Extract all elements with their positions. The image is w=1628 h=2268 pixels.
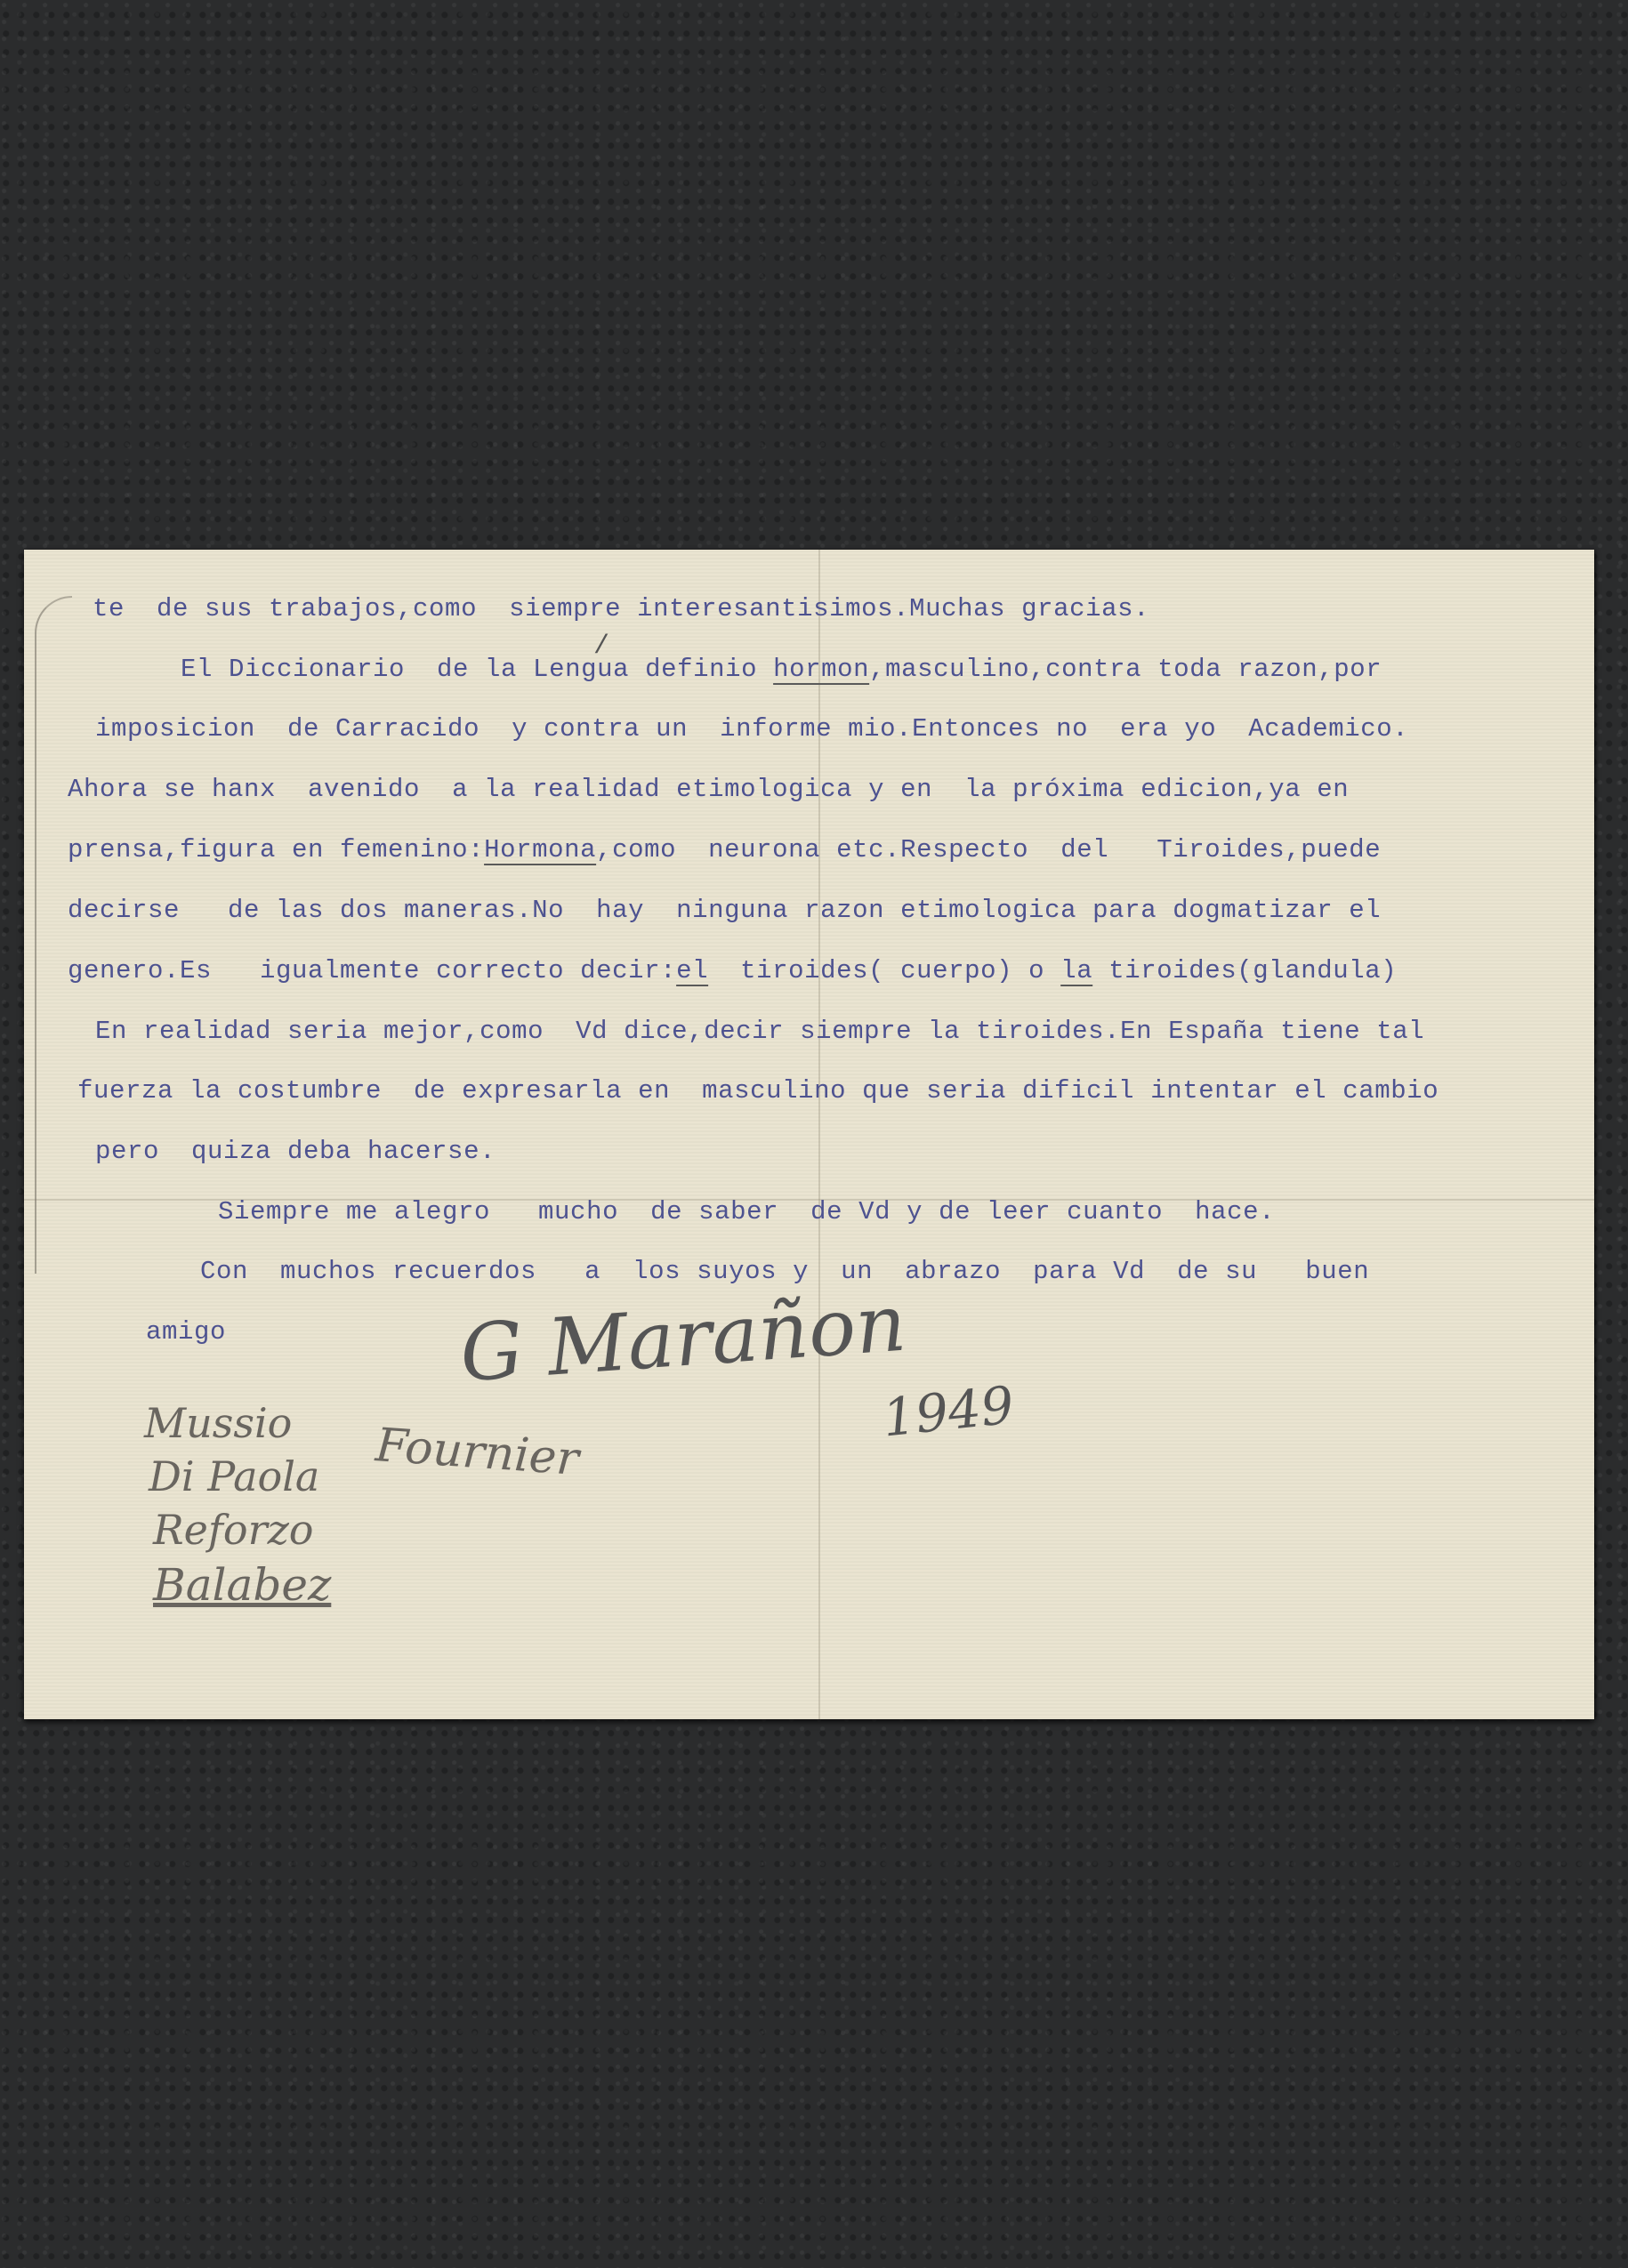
letter-line-4: Ahora se hanx avenido a la realidad etim… [68, 776, 1349, 802]
letter-line-10: pero quiza deba hacerse. [95, 1138, 496, 1164]
pencil-note-mussio: Mussio [144, 1399, 292, 1447]
letter-line-8: En realidad seria mejor,como Vd dice,dec… [95, 1018, 1424, 1044]
line-5-start: prensa,figura en femenino: [68, 835, 484, 865]
line-2-start: El Diccionario de la Lengua definio [181, 655, 773, 684]
pencil-margin-bracket [35, 596, 72, 1274]
pencil-note-fournier: Fournier [374, 1419, 580, 1486]
underlined-la: la [1060, 956, 1092, 985]
letter-line-7: genero.Es igualmente correcto decir:el t… [68, 958, 1397, 984]
line-7-mid: tiroides( cuerpo) o [708, 956, 1060, 985]
handwritten-year: 1949 [880, 1374, 1017, 1448]
letter-line-1: te de sus trabajos,como siempre interesa… [93, 596, 1149, 622]
line-7-end: tiroides(glandula) [1092, 956, 1397, 985]
underlined-el: el [676, 956, 708, 985]
letter-line-6: decirse de las dos maneras.No hay ningun… [68, 897, 1381, 923]
signature: G Marañon [457, 1277, 909, 1400]
letter-line-12: Con muchos recuerdos a los suyos y un ab… [200, 1259, 1369, 1284]
letter-line-13: amigo [146, 1319, 226, 1345]
letter-line-2: El Diccionario de la Lengua definio horm… [181, 656, 1382, 682]
underlined-hormon: hormon [773, 655, 869, 684]
letter-line-3: imposicion de Carracido y contra un info… [95, 716, 1408, 742]
underlined-hormona: Hormona [484, 835, 596, 865]
pencil-note-balabez: Balabez [153, 1559, 331, 1611]
line-7-start: genero.Es igualmente correcto decir: [68, 956, 676, 985]
line-5-end: ,como neurona etc.Respecto del Tiroides,… [596, 835, 1381, 865]
letter-line-9: fuerza la costumbre de expresarla en mas… [77, 1078, 1439, 1104]
letter-paper: te de sus trabajos,como siempre interesa… [24, 550, 1594, 1719]
pencil-note-di-paola: Di Paola [149, 1452, 319, 1500]
pencil-note-reforzo: Reforzo [153, 1506, 314, 1554]
letter-line-11: Siempre me alegro mucho de saber de Vd y… [218, 1199, 1275, 1225]
letter-line-5: prensa,figura en femenino:Hormona,como n… [68, 837, 1381, 863]
line-2-end: ,masculino,contra toda razon,por [869, 655, 1382, 684]
